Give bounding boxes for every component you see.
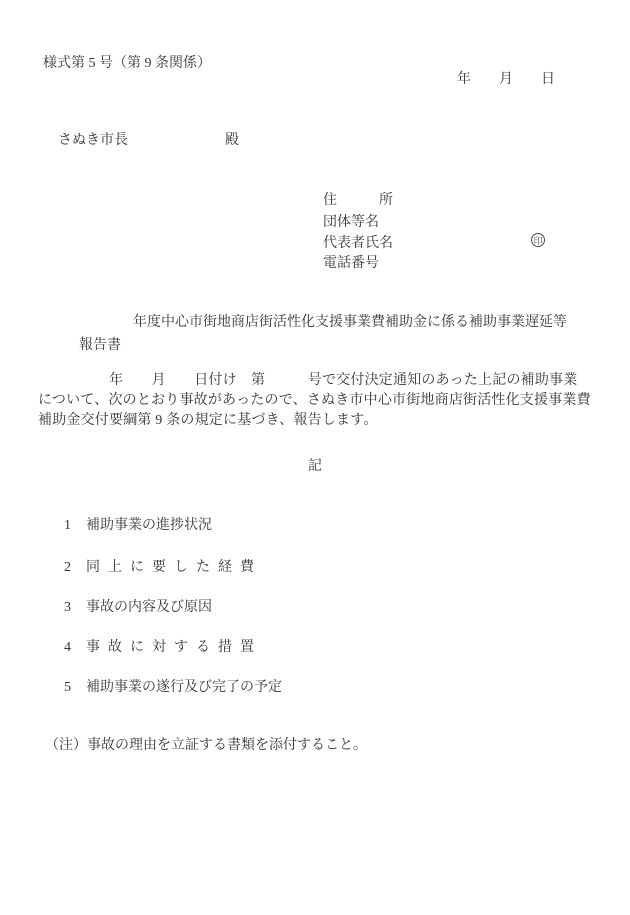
sender-phone-label: 電話番号 [323,256,379,272]
document-page: 様式第 5 号（第 9 条関係） 年 月 日 さぬき市長 殿 住 所 団体等名 … [0,0,630,915]
item-number: 2 [64,560,86,576]
body-paragraph-line1: 年 月 日付け 第 号で交付決定通知のあった上記の補助事業 [38,373,577,389]
document-title-line2: 報告書 [79,338,121,354]
addressee-honorific: 殿 [225,133,239,149]
sender-address-label: 住 所 [323,193,393,209]
seal-icon: 印 [531,233,545,247]
body-paragraph-line2: について、次のとおり事故があったので、さぬき市中心市街地商店街活性化支援事業費 [38,393,591,409]
ki-marker: 記 [0,455,630,475]
form-number: 様式第 5 号（第 9 条関係） [43,56,211,72]
item-label: 事故の内容及び原因 [86,600,212,615]
item-number: 5 [64,680,86,696]
item-label: 補助事業の遂行及び完了の予定 [86,680,282,695]
sender-org-label: 団体等名 [323,215,379,231]
item-number: 4 [64,640,86,656]
list-item-5: 5補助事業の遂行及び完了の予定 [50,660,282,712]
addressee: さぬき市長 [58,133,128,149]
item-label: 同上に要した経費 [86,560,262,575]
footnote: （注）事故の理由を立証する書類を添付すること。 [45,738,367,754]
body-paragraph-line3: 補助金交付要綱第 9 条の規定に基づき、報告します。 [38,413,378,429]
sender-representative-label: 代表者氏名 [323,236,393,252]
document-title-line1: 年度中心市街地商店街活性化支援事業費補助金に係る補助事業遅延等 [133,315,567,331]
date-line: 年 月 日 [457,72,555,88]
item-label: 補助事業の進捗状況 [86,518,212,533]
item-label: 事故に対する措置 [86,640,262,655]
item-number: 3 [64,600,86,616]
item-number: 1 [64,518,86,534]
